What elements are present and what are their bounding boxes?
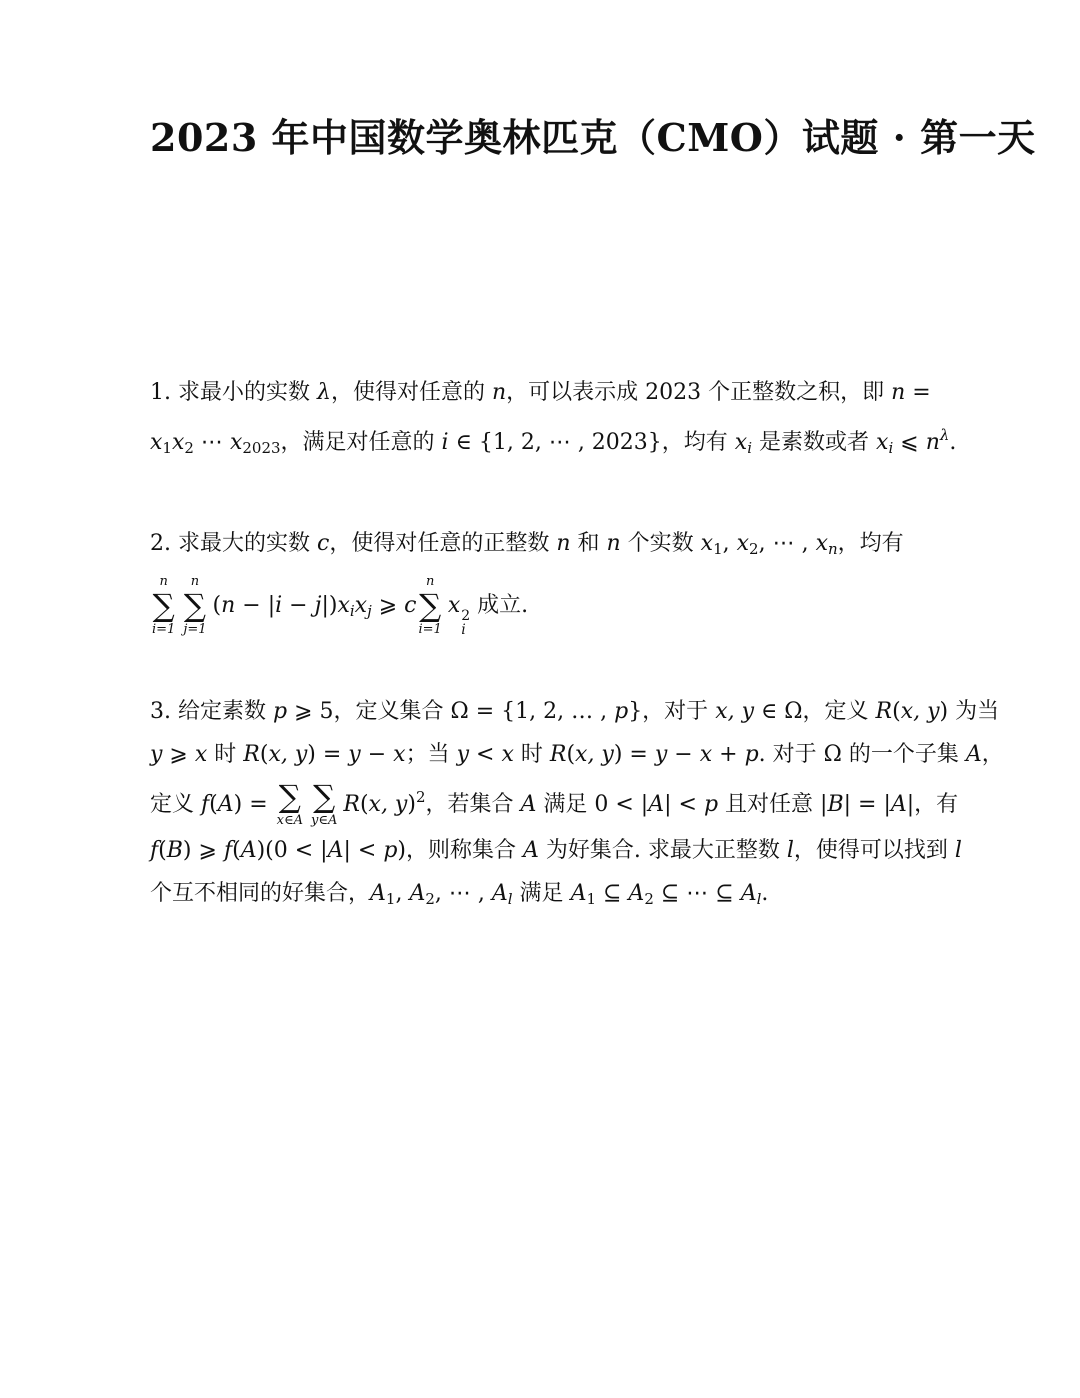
text-run: 成立. xyxy=(470,594,528,619)
math-var: c xyxy=(404,594,416,619)
math-var: x xyxy=(195,742,207,767)
math-var: λ xyxy=(317,380,331,405)
sigma-glyph: ∑ xyxy=(279,781,301,814)
text-run: , xyxy=(395,881,409,906)
text-run: ；当 xyxy=(406,742,457,767)
text-run: ⩽ xyxy=(893,430,925,455)
text-run: 且对任意 | xyxy=(718,792,827,817)
math-var: A xyxy=(328,838,344,863)
text-run: ∈ Ω，定义 xyxy=(754,699,876,724)
text-run: − xyxy=(282,594,314,619)
sigma-glyph: ∑ xyxy=(184,590,206,623)
math-var: A xyxy=(571,881,587,906)
math-var: x xyxy=(735,430,747,455)
math-var: i xyxy=(442,430,449,455)
text-run: ， xyxy=(982,742,1004,767)
subscript: i xyxy=(461,623,465,638)
text-run: . 对于 Ω 的一个子集 xyxy=(759,742,966,767)
problem-3-line-5: 个互不相同的好集合，A1, A2, ⋯ , Al 满足 A1 ⊆ A2 ⊆ ⋯ … xyxy=(150,872,940,921)
math-var: x, y xyxy=(268,742,307,767)
text-run: ) 为当 xyxy=(940,699,1000,724)
math-var: x, y xyxy=(901,699,940,724)
math-var: x xyxy=(355,594,367,619)
problem-3: 3. 给定素数 p ⩾ 5，定义集合 Ω = {1, 2, … , p}，对于 … xyxy=(150,690,940,921)
text-run: = xyxy=(905,380,930,405)
text-run: ( xyxy=(232,838,241,863)
text-run: ⩾ xyxy=(162,742,194,767)
math-var: A xyxy=(891,792,907,817)
math-var: x xyxy=(501,742,513,767)
text-run: ⩾ xyxy=(372,594,404,619)
math-var: B xyxy=(167,838,183,863)
math-var: y xyxy=(150,742,162,767)
math-var: B xyxy=(827,792,843,817)
problem-3-line-4: f(B) ⩾ f(A)(0 < |A| < p)，则称集合 A 为好集合. 求最… xyxy=(150,829,940,872)
math-var: f xyxy=(201,792,209,817)
math-var: y xyxy=(655,742,667,767)
text-run: ( xyxy=(892,699,901,724)
math-var: A xyxy=(628,881,644,906)
subscript: 2 xyxy=(644,890,654,908)
problem-1-line-1: 1. 求最小的实数 λ，使得对任意的 n，可以表示成 2023 个正整数之积，即… xyxy=(150,371,940,414)
math-var: R xyxy=(343,792,360,817)
math-var: l xyxy=(955,838,962,863)
subscript: 2 xyxy=(425,890,435,908)
math-var: A xyxy=(648,792,664,817)
sigma-glyph: ∑ xyxy=(153,590,175,623)
sub-sup-stack: 2i xyxy=(461,609,470,638)
text-run: ，均有 xyxy=(838,531,904,556)
problem-3-line-1: 3. 给定素数 p ⩾ 5，定义集合 Ω = {1, 2, … , p}，对于 … xyxy=(150,690,940,733)
superscript: 2 xyxy=(416,788,426,806)
math-var: A xyxy=(521,792,537,817)
text-run: ，使得对任意的正整数 xyxy=(329,531,556,556)
text-run: ( xyxy=(566,742,575,767)
sum-symbol: ∑x∈A xyxy=(277,781,303,828)
text-run: 定义 xyxy=(150,792,201,817)
math-var: p xyxy=(383,838,397,863)
math-var: x xyxy=(393,742,405,767)
math-var: f xyxy=(224,838,232,863)
problem-3-line-2: y ⩾ x 时 R(x, y) = y − x；当 y < x 时 R(x, y… xyxy=(150,733,940,776)
math-var: A xyxy=(218,792,234,817)
subscript: 2 xyxy=(749,540,759,558)
text-run: 是素数或者 xyxy=(752,430,876,455)
sum-lower-limit: i=1 xyxy=(419,623,442,638)
sum-lower-limit: j=1 xyxy=(183,623,206,638)
math-var: x, y xyxy=(575,742,614,767)
problem-1-line-2: x1x2 ⋯ x2023，满足对任意的 i ∈ {1, 2, ⋯ , 2023}… xyxy=(150,414,940,470)
problem-3-line-3: 定义 f(A) = ∑x∈A∑y∈AR(x, y)2，若集合 A 满足 0 < … xyxy=(150,776,940,829)
subscript: 1 xyxy=(713,540,723,558)
text-run: < xyxy=(469,742,501,767)
text-run: , xyxy=(723,531,737,556)
text-run: ∈ {1, 2, ⋯ , 2023}，均有 xyxy=(449,430,735,455)
text-run: ，可以表示成 2023 个正整数之积，即 xyxy=(506,380,891,405)
math-var: A xyxy=(370,881,386,906)
subscript: 2023 xyxy=(242,439,280,457)
superscript: 2 xyxy=(461,609,470,624)
math-var: l xyxy=(787,838,794,863)
math-var: A xyxy=(492,881,508,906)
subscript: n xyxy=(828,540,838,558)
text-run: )(0 < | xyxy=(257,838,328,863)
subscript: 1 xyxy=(162,439,172,457)
math-var: x xyxy=(700,742,712,767)
math-var: R xyxy=(876,699,893,724)
sum-symbol: ∑y∈A xyxy=(311,781,337,828)
math-var: A xyxy=(966,742,982,767)
math-var: x, y xyxy=(369,792,408,817)
math-var: n xyxy=(606,531,620,556)
text-run: 为好集合. 求最大正整数 xyxy=(539,838,787,863)
text-run: ( xyxy=(209,792,218,817)
text-run: | = | xyxy=(844,792,891,817)
text-run: − xyxy=(667,742,699,767)
math-var: R xyxy=(550,742,567,767)
text-run: , ⋯ , xyxy=(435,881,492,906)
sigma-glyph: ∑ xyxy=(419,590,441,623)
math-var: p xyxy=(614,699,628,724)
math-var: A xyxy=(241,838,257,863)
text-run: 3. 给定素数 xyxy=(150,699,273,724)
math-var: y xyxy=(457,742,469,767)
text-run: ( xyxy=(213,594,222,619)
text-run: 1. 求最小的实数 xyxy=(150,380,317,405)
text-run: ，若集合 xyxy=(426,792,521,817)
text-run: , ⋯ , xyxy=(759,531,816,556)
document-page: 2023 年中国数学奥林匹克（CMO）试题 · 第一天 1. 求最小的实数 λ，… xyxy=(0,0,1080,1398)
math-var: A xyxy=(523,838,539,863)
math-var: f xyxy=(150,838,158,863)
problem-2: 2. 求最大的实数 c，使得对任意的正整数 n 和 n 个实数 x1, x2, … xyxy=(150,522,940,638)
math-var: x xyxy=(876,430,888,455)
math-var: A xyxy=(741,881,757,906)
text-run: 时 xyxy=(207,742,243,767)
text-run: 2. 求最大的实数 xyxy=(150,531,317,556)
problem-2-line-1: 2. 求最大的实数 c，使得对任意的正整数 n 和 n 个实数 x1, x2, … xyxy=(150,522,940,571)
math-var: p xyxy=(745,742,759,767)
math-var: x, y xyxy=(715,699,754,724)
superscript: λ xyxy=(940,426,950,444)
problem-list: 1. 求最小的实数 λ，使得对任意的 n，可以表示成 2023 个正整数之积，即… xyxy=(150,371,940,920)
text-run: 个实数 xyxy=(621,531,701,556)
math-var: x xyxy=(737,531,749,556)
math-var: c xyxy=(317,531,329,556)
math-var: n xyxy=(891,380,905,405)
text-run: ( xyxy=(360,792,369,817)
math-var: x xyxy=(337,594,349,619)
page-title: 2023 年中国数学奥林匹克（CMO）试题 · 第一天 xyxy=(150,112,940,163)
sum-lower-limit: y∈A xyxy=(311,814,337,829)
text-run: ) ⩾ xyxy=(183,838,224,863)
math-var: y xyxy=(348,742,360,767)
sigma-glyph: ∑ xyxy=(313,781,335,814)
problem-1: 1. 求最小的实数 λ，使得对任意的 n，可以表示成 2023 个正整数之积，即… xyxy=(150,371,940,470)
problem-2-formula: n∑i=1n∑j=1(n − |i − j|)xixj ⩾ cn∑i=1x2i … xyxy=(150,575,940,638)
text-run: ⊆ xyxy=(596,881,628,906)
text-run: ) xyxy=(407,792,416,817)
text-run: }，对于 xyxy=(628,699,715,724)
sum-symbol: n∑j=1 xyxy=(183,575,206,637)
text-run: ⋯ xyxy=(194,430,230,455)
text-run: ( xyxy=(158,838,167,863)
math-var: x xyxy=(172,430,184,455)
text-run: )，则称集合 xyxy=(397,838,523,863)
math-var: x xyxy=(816,531,828,556)
text-run: |，有 xyxy=(907,792,958,817)
math-var: x xyxy=(150,430,162,455)
text-run: ，使得可以找到 xyxy=(794,838,955,863)
sum-symbol: n∑i=1 xyxy=(152,575,175,637)
text-run: | < xyxy=(343,838,383,863)
text-run: ，使得对任意的 xyxy=(331,380,492,405)
text-run: 个互不相同的好集合， xyxy=(150,881,370,906)
text-run: 和 xyxy=(570,531,606,556)
text-run: ⊆ ⋯ ⊆ xyxy=(654,881,741,906)
text-run: | < xyxy=(664,792,704,817)
math-var: n xyxy=(221,594,235,619)
text-run: 时 xyxy=(514,742,550,767)
text-run: . xyxy=(949,430,956,455)
subscript: 2 xyxy=(184,439,194,457)
math-var: x xyxy=(448,594,460,619)
text-run: ) = xyxy=(614,742,655,767)
text-run: ，满足对任意的 xyxy=(281,430,442,455)
math-var: R xyxy=(243,742,260,767)
text-run: 满足 0 < | xyxy=(536,792,648,817)
text-run: . xyxy=(761,881,768,906)
sum-symbol: n∑i=1 xyxy=(419,575,442,637)
math-var: p xyxy=(704,792,718,817)
text-run: − | xyxy=(235,594,275,619)
text-run: + xyxy=(712,742,744,767)
text-run: ) = xyxy=(307,742,348,767)
text-run: − xyxy=(361,742,393,767)
math-var: A xyxy=(409,881,425,906)
math-var: x xyxy=(230,430,242,455)
math-var: n xyxy=(492,380,506,405)
math-var: x xyxy=(701,531,713,556)
text-run: ⩾ 5，定义集合 Ω = {1, 2, … , xyxy=(287,699,614,724)
sum-lower-limit: x∈A xyxy=(277,814,303,829)
math-var: p xyxy=(273,699,287,724)
text-run: |) xyxy=(321,594,337,619)
text-run: 满足 xyxy=(513,881,571,906)
math-var: n xyxy=(926,430,940,455)
math-var: n xyxy=(556,531,570,556)
subscript: 1 xyxy=(586,890,596,908)
sum-lower-limit: i=1 xyxy=(152,623,175,638)
text-run: ) = xyxy=(234,792,275,817)
